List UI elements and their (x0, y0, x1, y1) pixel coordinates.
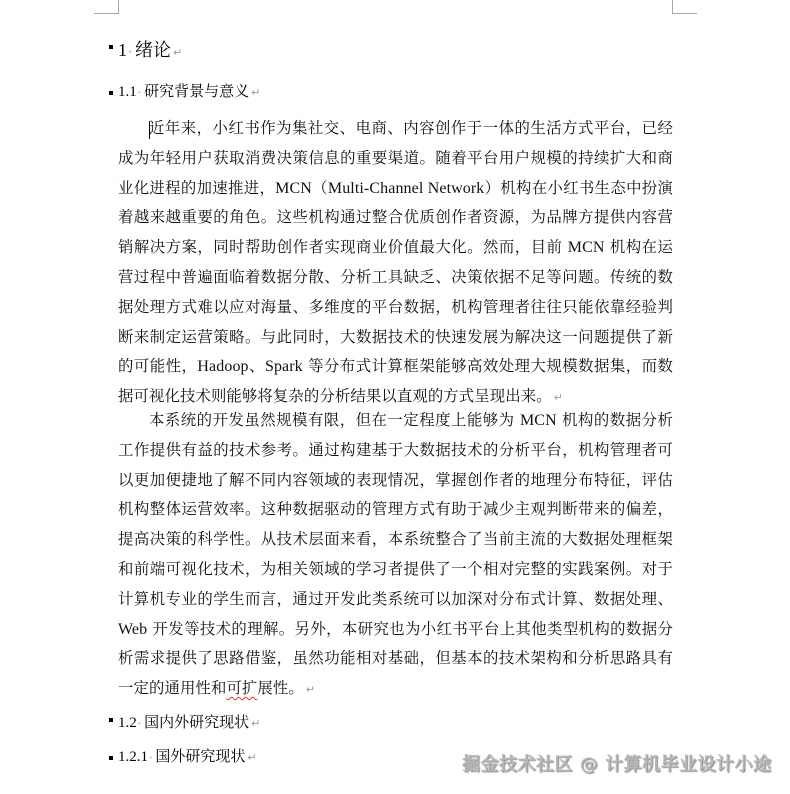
paragraph-mark-icon: ↵ (247, 751, 256, 764)
crop-mark-top-left (94, 0, 119, 14)
text-run-latin: Spark (265, 358, 303, 375)
body-paragraph-2[interactable]: 本系统的开发虽然规模有限，但在一定程度上能够为 MCN 机构的数据分析工作提供有… (118, 406, 673, 705)
tab-mark-icon: · (138, 87, 141, 99)
heading-bullet-icon (109, 45, 113, 49)
text-run-latin: Web (118, 621, 147, 638)
heading-title: 绪论 (135, 40, 171, 61)
heading-bullet-icon (109, 718, 113, 722)
text-run: （ (312, 179, 328, 197)
heading-1-1[interactable]: 1.1·研究背景与意义↵ (118, 80, 260, 101)
paragraph-mark-icon: ↵ (173, 46, 182, 59)
text-run-latin: MCN (275, 180, 312, 197)
text-run: 机构在运营过程中普遍面临着数据分散、分析工具缺乏、决策依据不足等问题。传统的数据… (118, 238, 673, 375)
heading-bullet-icon (109, 91, 113, 95)
heading-title: 研究背景与意义 (144, 82, 249, 100)
watermark: 掘金技术社区 @ 计算机毕业设计小途 (462, 750, 772, 776)
heading-number: 1.2 (118, 715, 137, 731)
text-run: 开发等技术的理解。另外，本研究也为小红书平台上其他类型机构的数据分析需求提供了思… (118, 620, 673, 698)
tab-mark-icon: · (138, 718, 141, 730)
heading-number: 1 (118, 40, 127, 60)
tab-mark-icon: · (128, 44, 132, 59)
body-paragraph-1[interactable]: 近年来，小红书作为集社交、电商、内容创作于一体的生活方式平台，已经成为年轻用户获… (118, 114, 673, 413)
text-run: 机构的数据分析工作提供有益的技术参考。通过构建基于大数据技术的分析平台，机构管理… (118, 411, 673, 608)
text-run-latin: MCN (520, 412, 557, 429)
paragraph-mark-icon: ↵ (554, 391, 563, 404)
text-run: 、 (249, 357, 265, 375)
text-run-latin: MCN (568, 239, 605, 256)
heading-title: 国外研究现状 (155, 747, 245, 765)
heading-1-2-1[interactable]: 1.2.1·国外研究现状↵ (118, 745, 257, 766)
heading-1[interactable]: 1·绪论↵ (118, 36, 182, 62)
spellcheck-flagged-text[interactable]: 可扩 (226, 679, 257, 697)
heading-1-2[interactable]: 1.2·国内外研究现状↵ (118, 711, 260, 732)
tab-mark-icon: · (149, 752, 152, 764)
paragraph-mark-icon: ↵ (251, 717, 260, 730)
text-run: 本系统的开发虽然规模有限，但在一定程度上能够为 (149, 411, 520, 429)
text-run-latin: Multi-Channel Network (328, 180, 485, 197)
text-run-latin: Hadoop (197, 358, 248, 375)
heading-title: 国内外研究现状 (144, 713, 249, 731)
heading-number: 1.1 (118, 84, 137, 100)
crop-mark-top-right (672, 0, 697, 14)
paragraph-mark-icon: ↵ (306, 683, 315, 696)
heading-bullet-icon (109, 756, 113, 760)
text-run: 展性。 (257, 679, 303, 697)
heading-number: 1.2.1 (118, 749, 148, 765)
paragraph-mark-icon: ↵ (251, 86, 260, 99)
